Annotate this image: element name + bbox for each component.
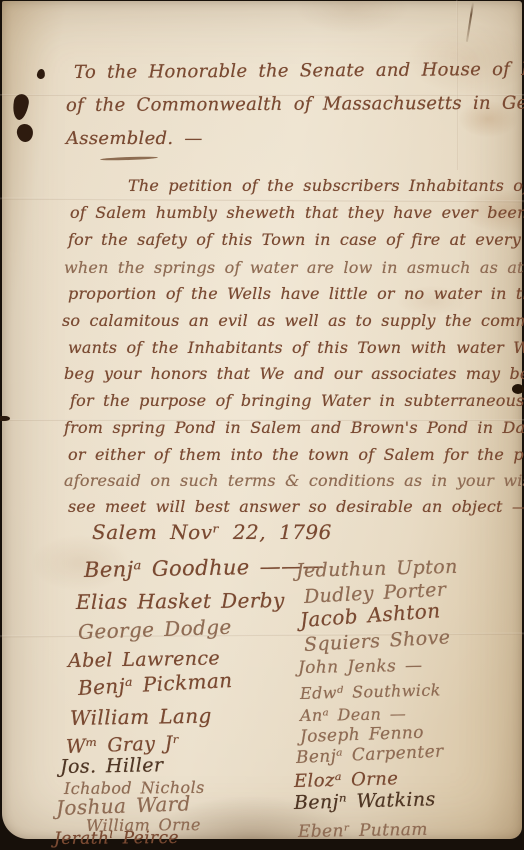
heading-line: of the Commonwealth of Massachusetts in … xyxy=(66,92,524,116)
body-line: from spring Pond in Salem and Brown's Po… xyxy=(64,418,524,437)
body-line: so calamitous an evil as well as to supp… xyxy=(62,311,524,330)
signature: Abel Lawrence xyxy=(68,647,220,672)
body-line: for the purpose of bringing Water in sub… xyxy=(70,391,524,410)
signature: Benjⁿ Watkins xyxy=(294,788,436,814)
body-line: for the safety of this Town in case of f… xyxy=(68,230,524,249)
signature: John Jenks — xyxy=(298,656,423,678)
signature: Jos. Hiller xyxy=(60,754,164,778)
body-line: wants of the Inhabitants of this Town wi… xyxy=(68,338,524,357)
heading-line: Assembled. — xyxy=(66,128,203,149)
body-line: proportion of the Wells have little or n… xyxy=(68,284,524,303)
body-line: of Salem humbly sheweth that they have e… xyxy=(70,203,524,222)
signature: Ebenʳ Putnam xyxy=(298,820,428,842)
signature: Benjᵃ Goodhue ——— xyxy=(84,554,324,582)
body-line: aforesaid on such terms & conditions as … xyxy=(64,471,524,490)
manuscript-scan: To the Honorable the Senate and House of… xyxy=(0,0,524,850)
body-line: The petition of the subscribers Inhabita… xyxy=(128,176,524,195)
signature: Anᵃ Dean — xyxy=(300,704,407,725)
signature: William Lang xyxy=(70,704,212,730)
signature: Edwᵈ Southwick xyxy=(300,680,441,703)
body-line: when the springs of water are low in asm… xyxy=(64,258,524,277)
heading-line: To the Honorable the Senate and House of… xyxy=(74,58,524,83)
body-line: beg your honors that We and our associat… xyxy=(64,364,524,383)
ink-smudge-left-edge xyxy=(0,416,10,421)
signature: Elozᵃ Orne xyxy=(294,768,399,792)
signature: Elias Hasket Derby xyxy=(76,588,285,614)
body-line: see meet will best answer so desirable a… xyxy=(68,497,524,516)
signature: Jeduthun Upton xyxy=(296,556,458,582)
body-line: or either of them into the town of Salem… xyxy=(68,445,524,464)
signature: Jerathˡ Peirce xyxy=(54,828,179,849)
dateline: Salem Novʳ 22, 1796 xyxy=(92,520,332,544)
